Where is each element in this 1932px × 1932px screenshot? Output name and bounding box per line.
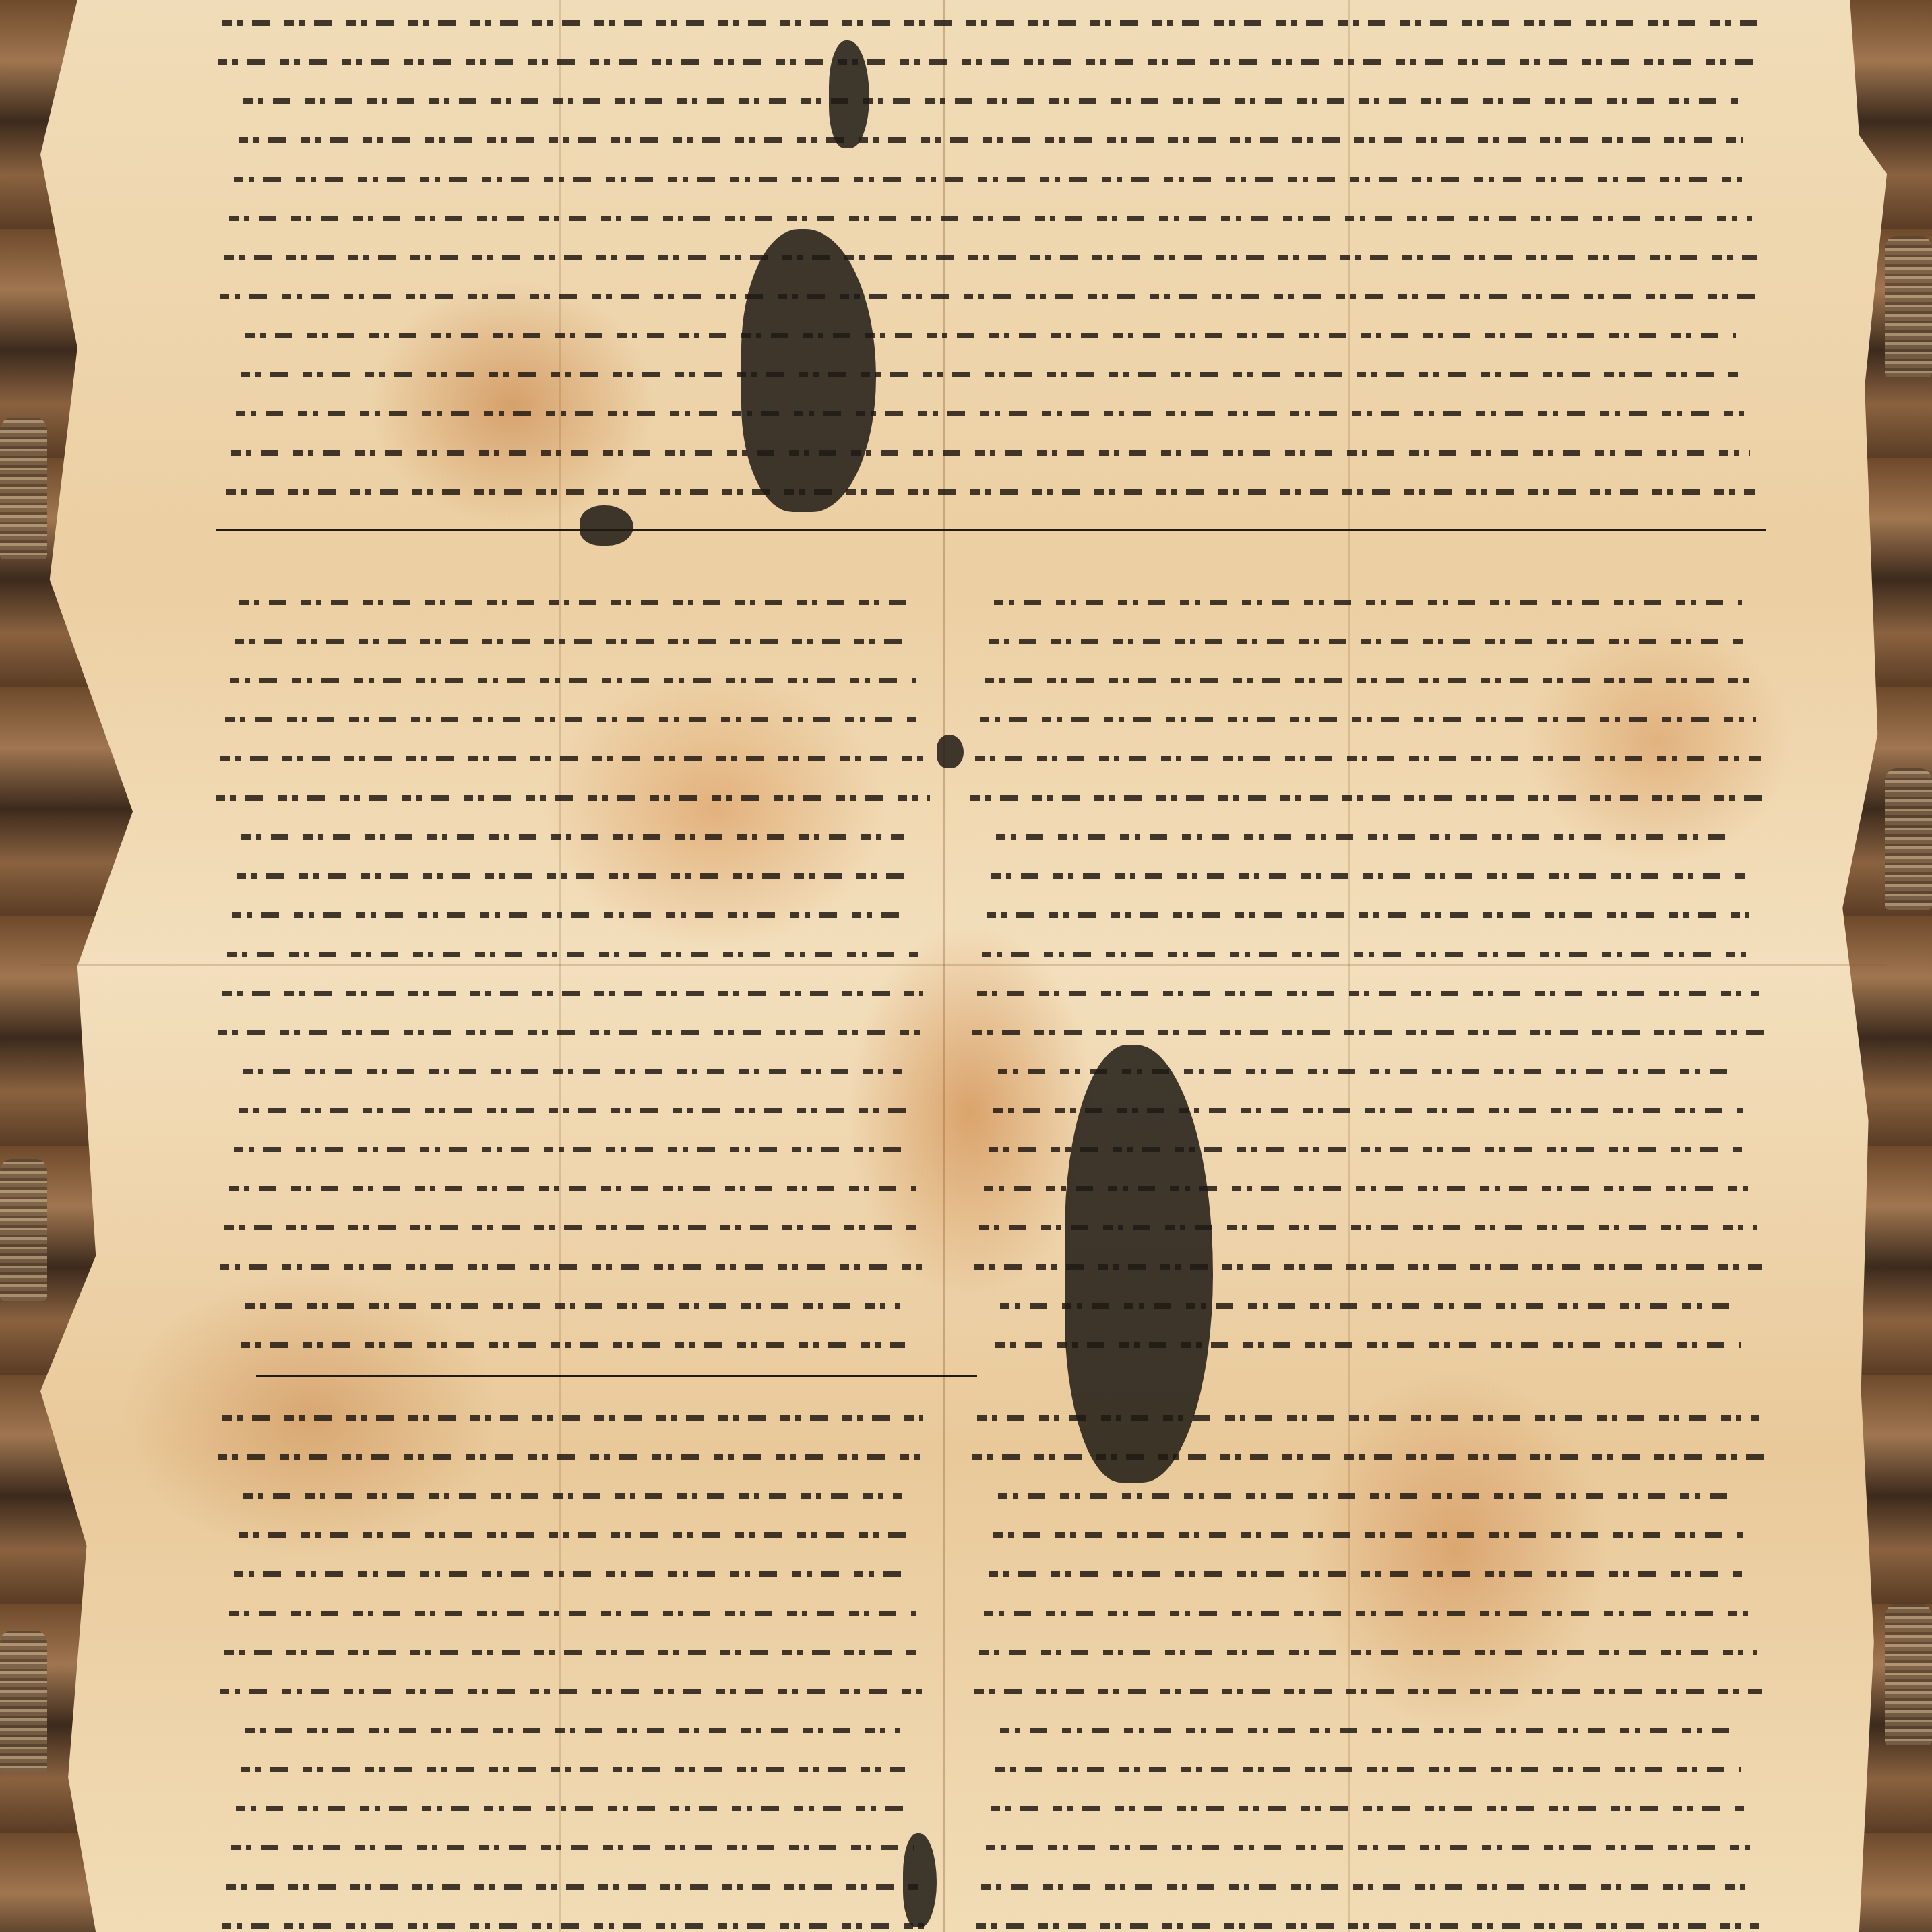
handwriting-line (241, 365, 1741, 383)
handwriting-line (220, 1682, 926, 1700)
handwriting-line (222, 984, 923, 1001)
handwriting-line (243, 92, 1738, 109)
handwriting-line (993, 1526, 1743, 1543)
ornament-right-mid (1885, 768, 1932, 910)
handwriting-line (227, 945, 918, 962)
handwriting-line (220, 287, 1762, 305)
handwriting-line (232, 906, 914, 923)
handwriting-line (980, 710, 1756, 728)
ink-blot (903, 1833, 937, 1927)
ornament-right-bot (1885, 1604, 1932, 1745)
handwriting-line (220, 1257, 926, 1275)
handwriting-line (239, 131, 1743, 148)
handwriting-line (241, 1760, 905, 1778)
handwriting-line (218, 1447, 928, 1465)
horizontal-rule (256, 1375, 977, 1377)
handwriting-line (226, 1877, 919, 1895)
handwriting-line (991, 1799, 1745, 1817)
handwriting-line (236, 404, 1745, 422)
handwriting-line (224, 248, 1757, 266)
ornament-left-top (0, 418, 47, 559)
horizontal-rule (216, 529, 1766, 531)
ornament-right-top (1885, 236, 1932, 377)
fold-crease (40, 964, 1887, 966)
handwriting-line (239, 1101, 907, 1119)
handwriting-line (234, 170, 1747, 187)
handwriting-line (241, 1336, 905, 1353)
handwriting-line (984, 1604, 1752, 1621)
handwriting-line (995, 1760, 1741, 1778)
handwriting-line (218, 53, 1764, 70)
handwriting-line (974, 1682, 1762, 1700)
handwriting-line (218, 1023, 928, 1040)
handwriting-line (234, 1565, 912, 1582)
handwriting-line (229, 1179, 916, 1197)
handwriting-line (977, 984, 1759, 1001)
handwriting-line (222, 1917, 924, 1932)
handwriting-line (236, 1799, 910, 1817)
ink-blot (937, 735, 964, 768)
handwriting-line (243, 1062, 902, 1080)
handwriting-line (985, 671, 1751, 689)
handwriting-line (230, 671, 916, 689)
ink-blot (580, 505, 633, 546)
handwriting-line (222, 13, 1759, 31)
handwriting-line (989, 632, 1747, 650)
handwriting-line (981, 1877, 1755, 1895)
handwriting-line (998, 1487, 1738, 1504)
handwriting-line (239, 593, 906, 611)
handwriting-line (224, 1218, 921, 1236)
handwriting-line (986, 1838, 1750, 1856)
handwriting-line (970, 788, 1766, 806)
handwriting-line (1000, 1721, 1736, 1739)
handwriting-line (237, 867, 909, 884)
handwriting-line (222, 1408, 923, 1426)
handwriting-line (241, 828, 904, 845)
ornament-left-bot (0, 1631, 47, 1772)
handwriting-line (235, 632, 911, 650)
handwriting-line (979, 1643, 1757, 1660)
handwriting-line (225, 710, 921, 728)
handwriting-line (243, 1487, 902, 1504)
handwriting-line (224, 1643, 921, 1660)
handwriting-line (982, 945, 1754, 962)
handwriting-line (220, 749, 925, 767)
handwriting-line (216, 788, 930, 806)
handwriting-line (975, 749, 1761, 767)
handwriting-line (976, 1917, 1759, 1932)
handwriting-line (245, 326, 1736, 344)
handwriting-line (991, 867, 1745, 884)
handwriting-line (996, 828, 1740, 845)
handwriting-line (245, 1297, 900, 1314)
handwriting-line (231, 443, 1750, 461)
ornament-left-mid (0, 1159, 47, 1301)
handwriting-line (994, 593, 1742, 611)
handwriting-line (987, 906, 1749, 923)
handwriting-line (229, 209, 1752, 226)
handwriting-line (989, 1565, 1747, 1582)
handwriting-line (239, 1526, 907, 1543)
handwriting-line (972, 1023, 1764, 1040)
handwriting-line (231, 1838, 914, 1856)
handwriting-line (229, 1604, 916, 1621)
handwriting-line (245, 1721, 900, 1739)
handwriting-line (226, 482, 1755, 500)
handwriting-line (234, 1140, 912, 1158)
